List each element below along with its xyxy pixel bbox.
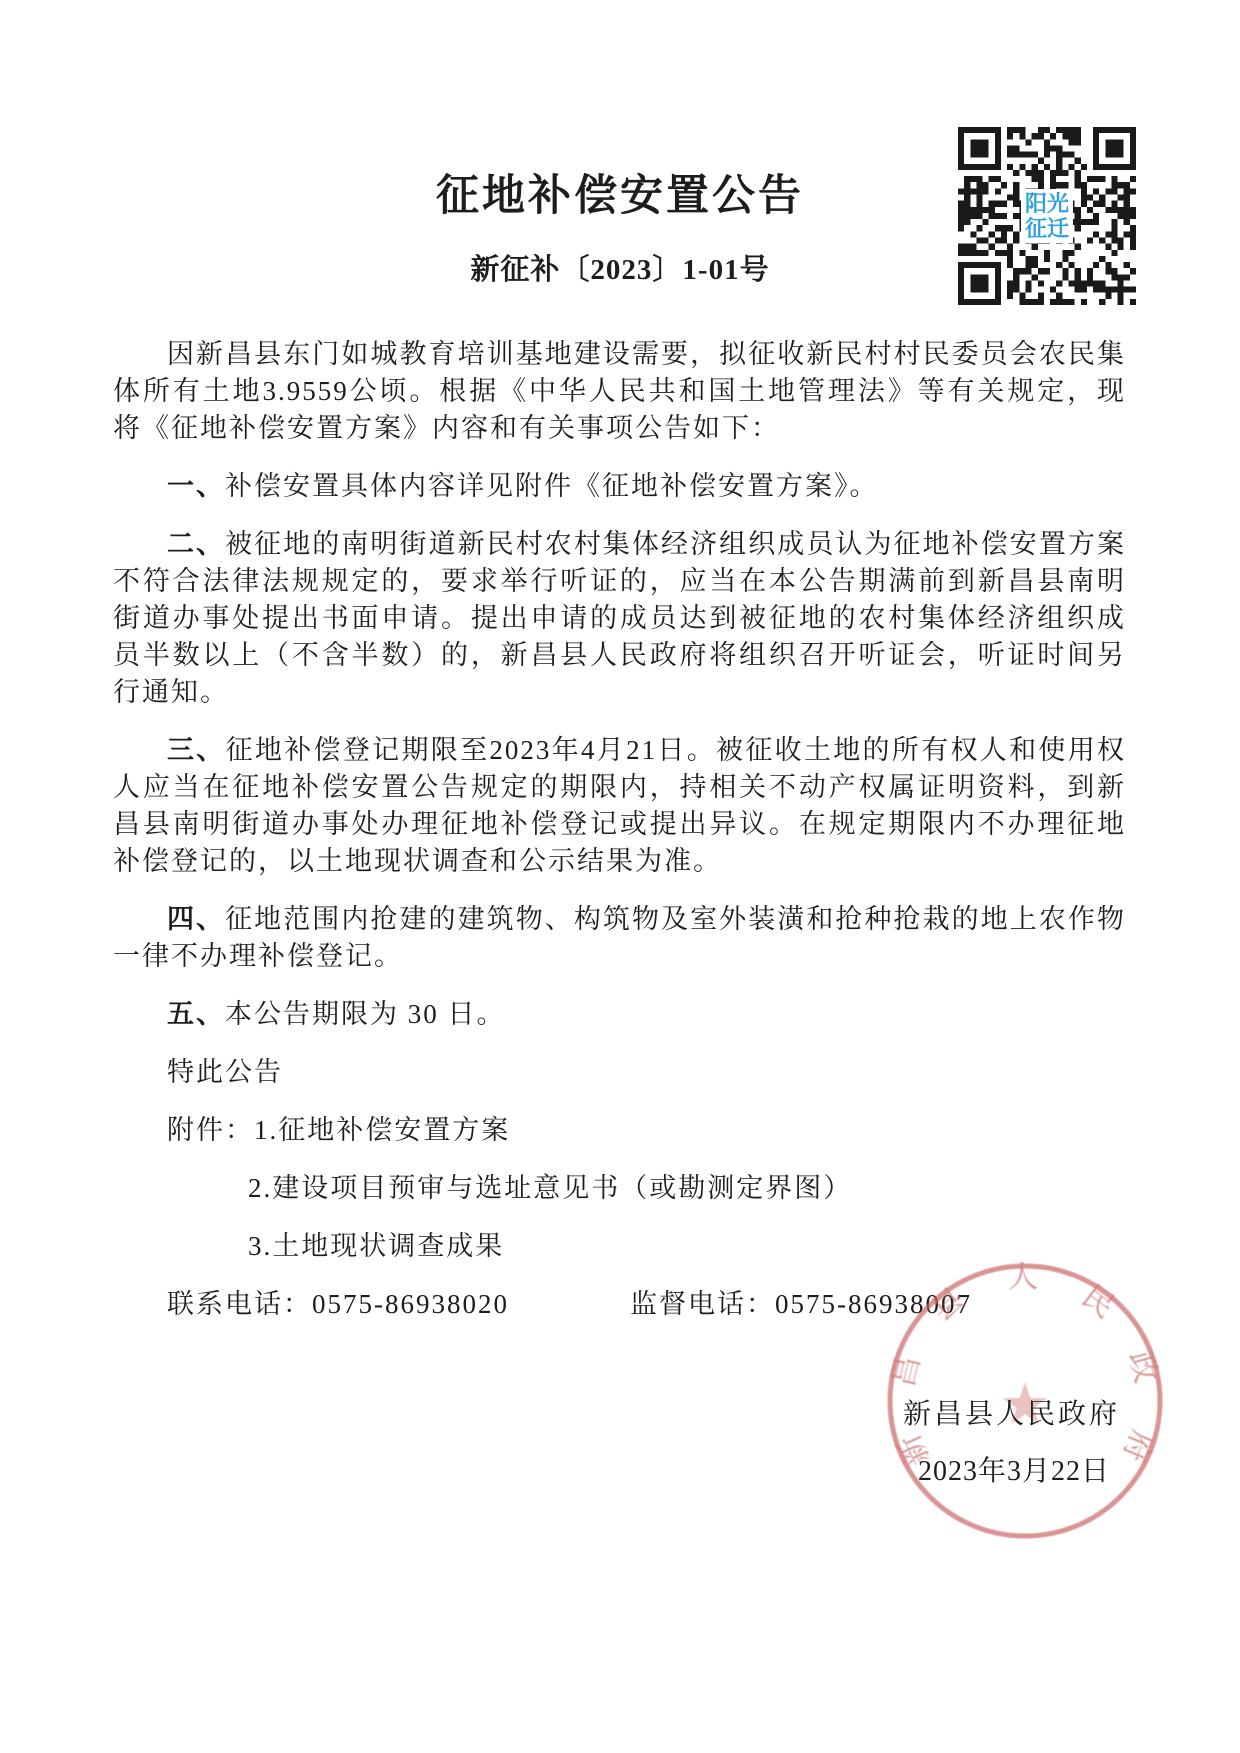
closing-text: 特此公告 — [167, 1057, 283, 1087]
paragraph-lead: 二、 — [167, 529, 225, 559]
document-page: 征地补偿安置公告 新征补〔2023〕1-01号 阳光 征迁 因新昌县东门如城教育… — [0, 0, 1240, 1753]
body-paragraph: 一、补偿安置具体内容详见附件《征地补偿安置方案》。 — [113, 468, 1126, 505]
attachments-line: 附件：1.征地补偿安置方案 — [113, 1112, 1126, 1149]
paragraph-text: 被征地的南明街道新民村农村集体经济组织成员认为征地补偿安置方案不符合法律法规规定… — [113, 529, 1126, 707]
svg-text:新昌县人民政府: 新昌县人民政府 — [885, 1259, 1164, 1471]
paragraph-lead: 三、 — [167, 735, 226, 765]
supervision-label: 监督电话： — [630, 1289, 775, 1319]
body-paragraph: 二、被征地的南明街道新民村农村集体经济组织成员认为征地补偿安置方案不符合法律法规… — [113, 526, 1126, 711]
announcement-page: { "document": { "title": "征地补偿安置公告", "do… — [0, 0, 1240, 1753]
paragraph-text: 补偿安置具体内容详见附件《征地补偿安置方案》。 — [225, 471, 879, 501]
paragraph-text: 征地补偿登记期限至2023年4月21日。被征收土地的所有权人和使用权人应当在征地… — [113, 735, 1126, 876]
contact-phone: 联系电话：0575-86938020 — [167, 1286, 509, 1323]
qr-label-line1: 阳光 — [1025, 191, 1069, 216]
qr-label-line2: 征迁 — [1025, 216, 1069, 241]
body-paragraphs: 因新昌县东门如城教育培训基地建设需要，拟征收新民村村民委员会农民集体所有土地3.… — [113, 336, 1126, 1033]
paragraph-text: 本公告期限为 30 日。 — [225, 999, 506, 1029]
paragraph-lead: 四、 — [167, 904, 225, 934]
attachment-item: 3.土地现状调查成果 — [248, 1231, 504, 1261]
issue-date: 2023年3月22日 — [918, 1449, 1110, 1489]
closing-line: 特此公告 — [113, 1054, 1126, 1091]
attachments-rest: 2.建设项目预审与选址意见书（或勘测定界图） 3.土地现状调查成果 — [113, 1170, 1126, 1265]
attachment-item: 2.建设项目预审与选址意见书（或勘测定界图） — [248, 1173, 852, 1203]
attachment-item: 1.征地补偿安置方案 — [254, 1115, 510, 1145]
seal-arc-text: 新昌县人民政府 — [885, 1259, 1164, 1471]
body-paragraph: 四、征地范围内抢建的建筑物、构筑物及室外装潢和抢种抢栽的地上农作物一律不办理补偿… — [113, 901, 1126, 975]
contact-number: 0575-86938020 — [312, 1289, 509, 1319]
qr-center-label: 阳光 征迁 — [1021, 189, 1073, 243]
paragraph-lead: 五、 — [167, 999, 225, 1029]
contact-label: 联系电话： — [167, 1289, 312, 1319]
announcement-body: 因新昌县东门如城教育培训基地建设需要，拟征收新民村村民委员会农民集体所有土地3.… — [113, 336, 1126, 1323]
paragraph-lead: 一、 — [167, 471, 225, 501]
attachments-line: 2.建设项目预审与选址意见书（或勘测定界图） — [113, 1170, 1126, 1207]
body-paragraph: 因新昌县东门如城教育培训基地建设需要，拟征收新民村村民委员会农民集体所有土地3.… — [113, 336, 1126, 447]
qr-code: 阳光 征迁 — [958, 127, 1136, 305]
paragraph-text: 因新昌县东门如城教育培训基地建设需要，拟征收新民村村民委员会农民集体所有土地3.… — [113, 339, 1126, 443]
attachments-label: 附件： — [167, 1115, 254, 1145]
issuer-name: 新昌县人民政府 — [903, 1392, 1120, 1432]
body-paragraph: 三、征地补偿登记期限至2023年4月21日。被征收土地的所有权人和使用权人应当在… — [113, 732, 1126, 880]
body-paragraph: 五、本公告期限为 30 日。 — [113, 996, 1126, 1033]
paragraph-text: 征地范围内抢建的建筑物、构筑物及室外装潢和抢种抢栽的地上农作物一律不办理补偿登记… — [113, 904, 1126, 971]
